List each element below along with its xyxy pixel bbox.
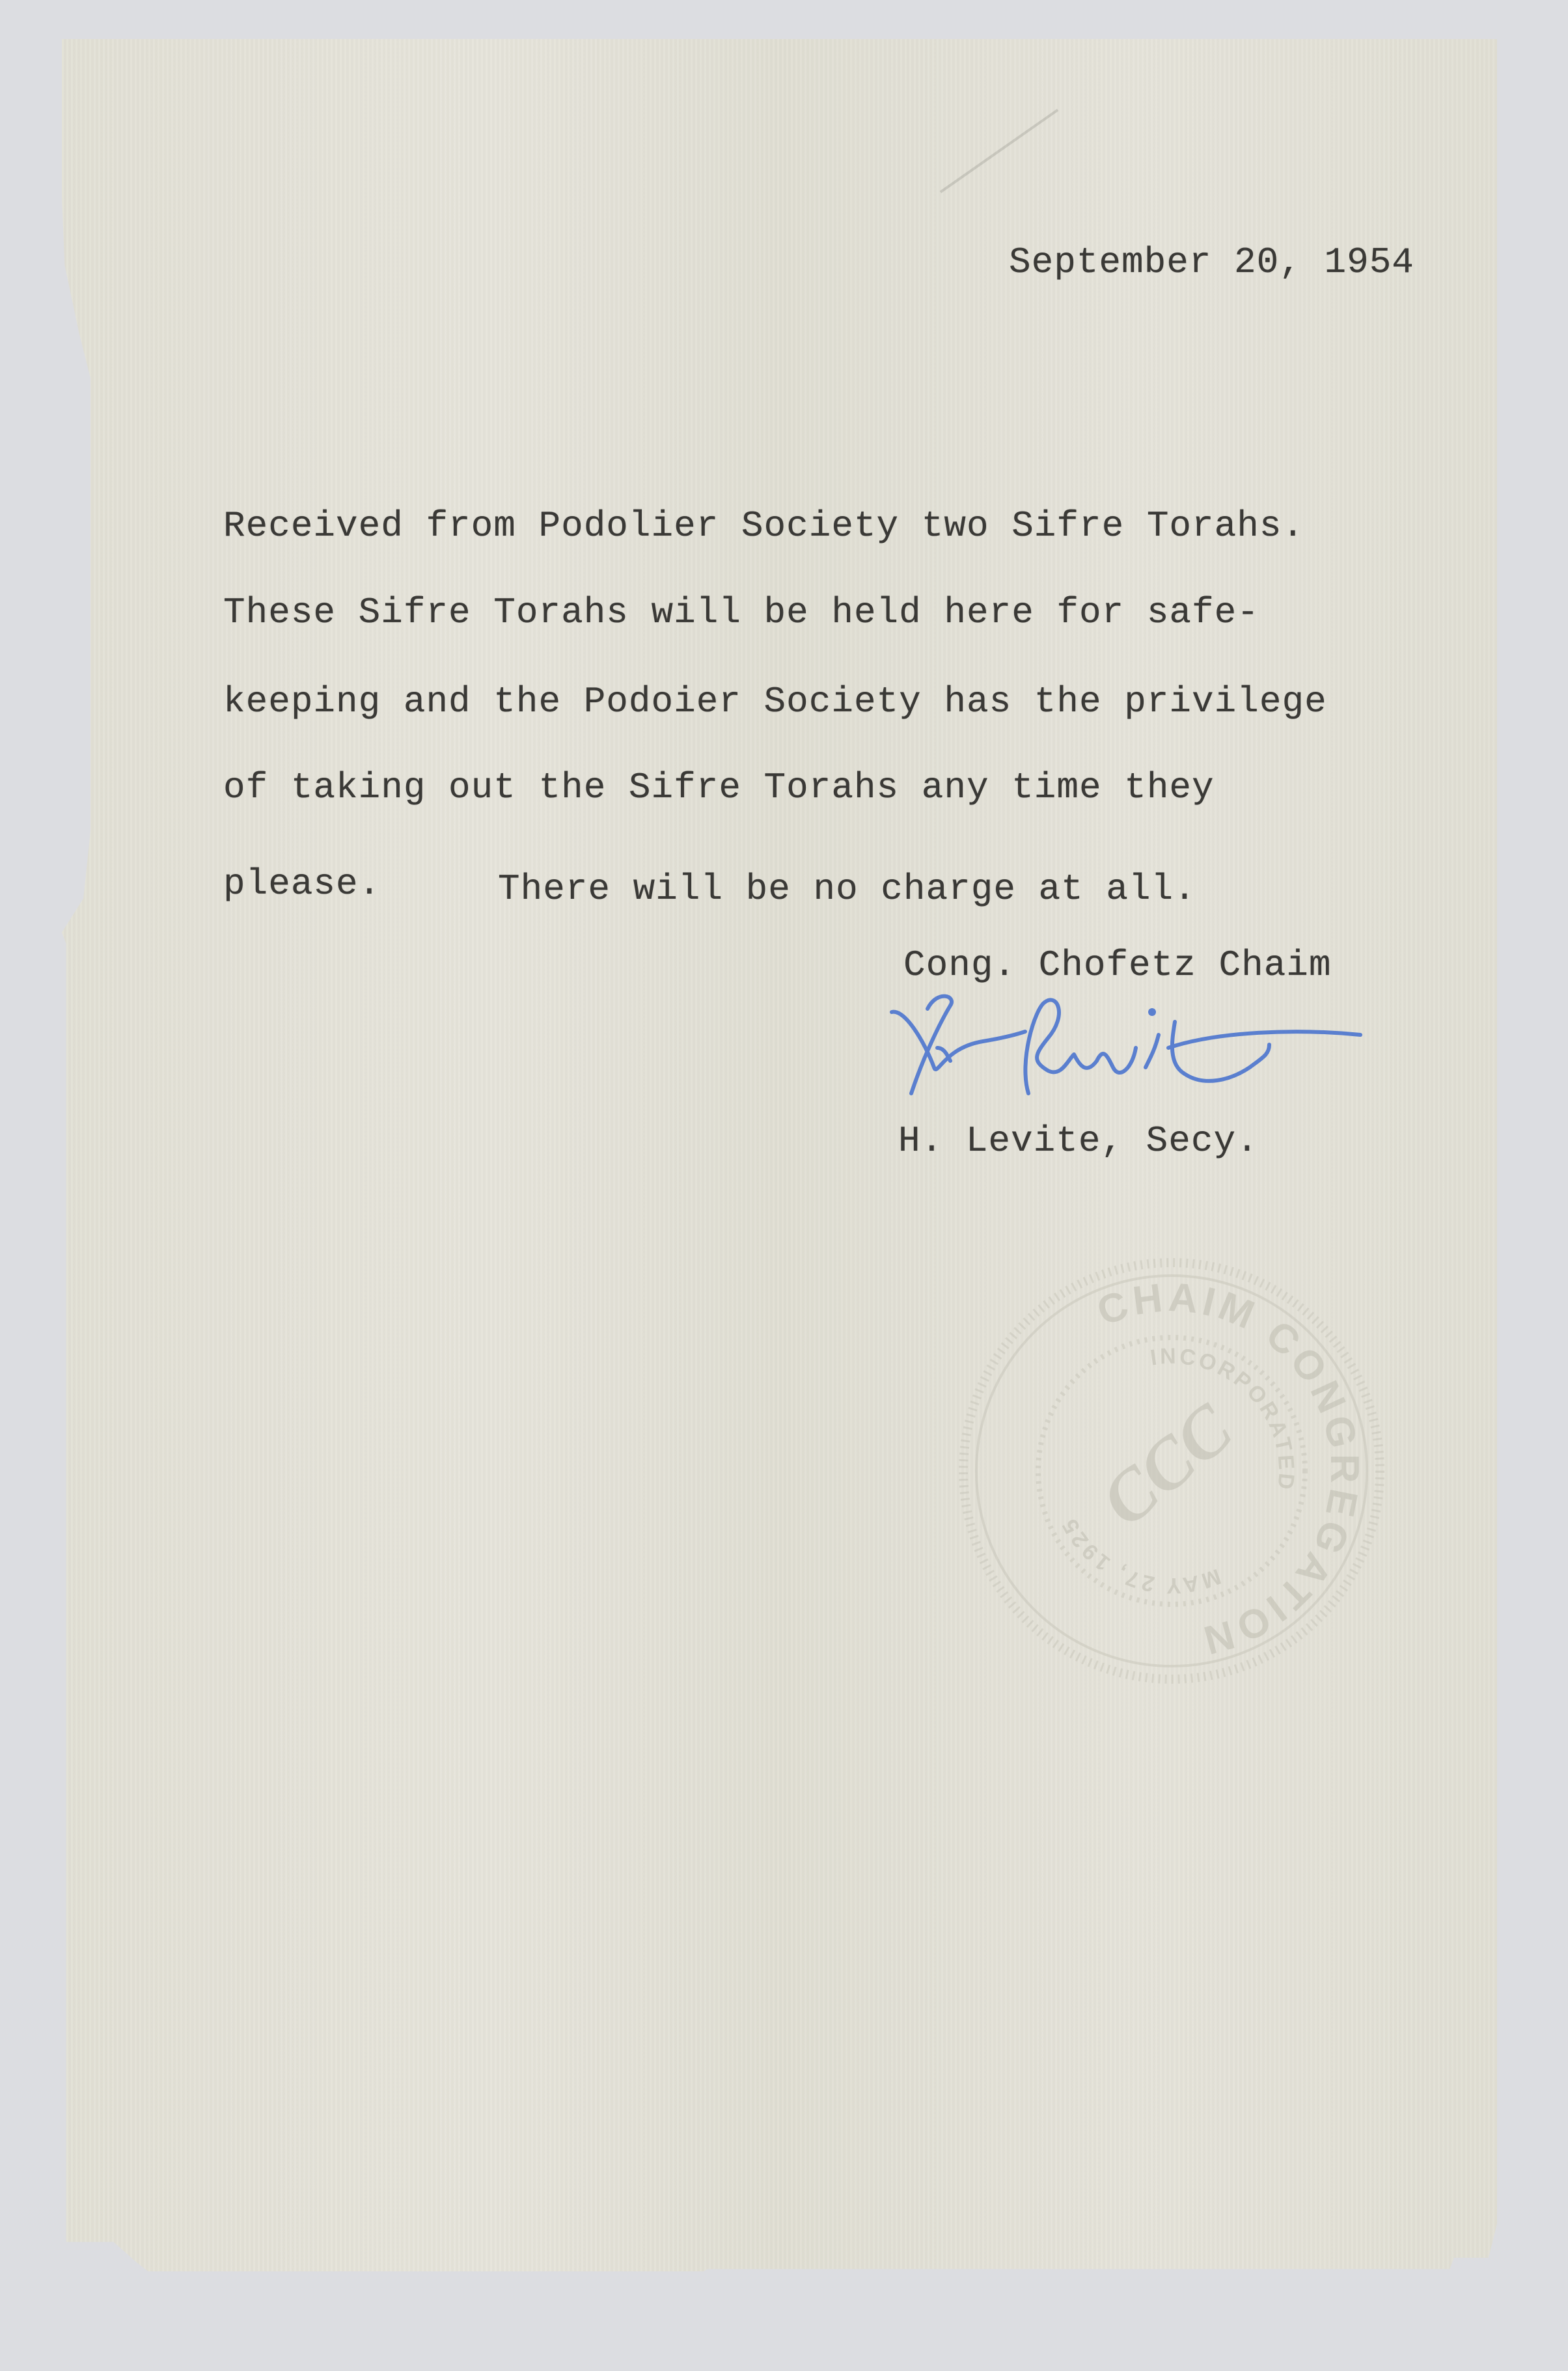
seal-monogram: CCC (1086, 1388, 1248, 1541)
body-line-6: There will be no charge at all. (498, 871, 1196, 907)
signatory-name: H. Levite, Secy. (898, 1123, 1259, 1159)
closing-organization: Cong. Chofetz Chaim (903, 947, 1332, 983)
body-line-4: of taking out the Sifre Torahs any time … (223, 769, 1215, 806)
handwritten-signature (879, 983, 1386, 1126)
embossed-seal-icon: CHAIM CONGREGATION INCORPORATED MAY 27, … (937, 1237, 1406, 1705)
body-line-3: keeping and the Podoier Society has the … (223, 683, 1327, 720)
letter-date: September 20, 1954 (1009, 244, 1414, 281)
body-line-5: please. (223, 866, 381, 902)
body-line-1: Received from Podolier Society two Sifre… (223, 508, 1304, 544)
paper-crease (940, 109, 1059, 193)
body-line-2: These Sifre Torahs will be held here for… (223, 594, 1259, 631)
paper-sheet: September 20, 1954 Received from Podolie… (62, 39, 1497, 2301)
